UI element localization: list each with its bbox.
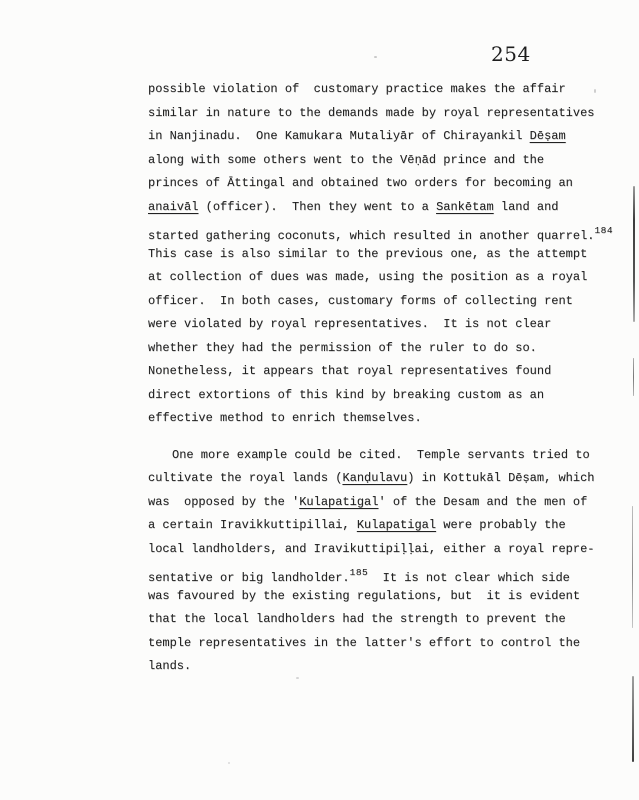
text-segment: at collection of dues was made, using th…: [148, 270, 587, 284]
text-segment: were violated by royal representatives. …: [148, 317, 551, 331]
text-segment: a certain Iravikkuttipillai,: [148, 518, 357, 532]
text-line: in Nanjinadu. One Kamukara Mutaliyār of …: [148, 125, 626, 149]
text-segment: Nonetheless, it appears that royal repre…: [148, 364, 551, 378]
text-segment: It is not clear which side: [368, 571, 570, 585]
text-line: was favoured by the existing regulations…: [148, 585, 626, 609]
text-line: lands.: [148, 655, 626, 679]
underlined-term: Kulapatigal: [299, 495, 378, 509]
text-line: along with some others went to the Vēṇād…: [148, 149, 626, 173]
text-segment: along with some others went to the Vēṇād…: [148, 153, 544, 167]
scan-speck: [374, 56, 377, 58]
scan-speck: [594, 89, 596, 93]
underlined-term: Dēṣam: [530, 129, 566, 143]
text-line: sentative or big landholder.185 It is no…: [148, 561, 626, 585]
text-segment: started gathering coconuts, which result…: [148, 229, 594, 243]
underlined-term: Sankētam: [436, 200, 494, 214]
text-line: were violated by royal representatives. …: [148, 313, 626, 337]
text-line: officer. In both cases, customary forms …: [148, 290, 626, 314]
text-line: started gathering coconuts, which result…: [148, 219, 626, 243]
text-line: cultivate the royal lands (Kanḍulavu) in…: [148, 467, 626, 491]
page-number: 254: [491, 42, 531, 66]
scan-artifact-line: [632, 506, 633, 628]
text-line: Nonetheless, it appears that royal repre…: [148, 360, 626, 384]
text-segment: This case is also similar to the previou…: [148, 247, 587, 261]
text-segment: was favoured by the existing regulations…: [148, 589, 580, 603]
text-segment: One more example could be cited. Temple …: [172, 448, 590, 462]
text-segment: sentative or big landholder.: [148, 571, 350, 585]
footnote-reference: 185: [350, 567, 369, 578]
text-segment: cultivate the royal lands (: [148, 471, 342, 485]
text-line: This case is also similar to the previou…: [148, 243, 626, 267]
scan-artifact-line: [633, 186, 635, 322]
text-line: temple representatives in the latter's e…: [148, 632, 626, 656]
text-segment: temple representatives in the latter's e…: [148, 636, 580, 650]
scan-artifact-line: [633, 358, 634, 396]
text-line: was opposed by the 'Kulapatigal' of the …: [148, 491, 626, 515]
text-line: a certain Iravikkuttipillai, Kulapatigal…: [148, 514, 626, 538]
text-line: whether they had the permission of the r…: [148, 337, 626, 361]
underlined-term: Kanḍulavu: [342, 471, 407, 485]
text-segment: ) in Kottukāl Dēṣam, which: [407, 471, 594, 485]
text-line: anaivāl (officer). Then they went to a S…: [148, 196, 626, 220]
text-line: that the local landholders had the stren…: [148, 608, 626, 632]
text-segment: ' of the Desam and the men of: [378, 495, 587, 509]
text-segment: similar in nature to the demands made by…: [148, 106, 594, 120]
text-segment: local landholders, and Iravikuttipiḷḷai,…: [148, 542, 594, 556]
scan-artifact-line: [632, 676, 634, 762]
scan-speck: [296, 677, 299, 679]
scanned-document-page: 254 possible violation of customary prac…: [0, 0, 639, 800]
underlined-term: anaivāl: [148, 200, 198, 214]
text-segment: in Nanjinadu. One Kamukara Mutaliyār of …: [148, 129, 530, 143]
text-segment: effective method to enrich themselves.: [148, 411, 422, 425]
footnote-reference: 184: [594, 225, 613, 236]
text-segment: whether they had the permission of the r…: [148, 341, 537, 355]
text-segment: possible violation of customary practice…: [148, 82, 566, 96]
text-line: princes of Āttingal and obtained two ord…: [148, 172, 626, 196]
paragraph: possible violation of customary practice…: [148, 78, 626, 431]
text-segment: officer. In both cases, customary forms …: [148, 294, 573, 308]
text-segment: princes of Āttingal and obtained two ord…: [148, 176, 573, 190]
underlined-term: Kulapatigal: [357, 518, 436, 532]
text-segment: lands.: [148, 659, 191, 673]
text-line: at collection of dues was made, using th…: [148, 266, 626, 290]
paragraph: One more example could be cited. Temple …: [148, 444, 626, 679]
text-segment: that the local landholders had the stren…: [148, 612, 566, 626]
text-line: similar in nature to the demands made by…: [148, 102, 626, 126]
text-segment: direct extortions of this kind by breaki…: [148, 388, 544, 402]
text-line: direct extortions of this kind by breaki…: [148, 384, 626, 408]
text-segment: (officer). Then they went to a: [198, 200, 436, 214]
text-line: One more example could be cited. Temple …: [148, 444, 626, 468]
text-line: effective method to enrich themselves.: [148, 407, 626, 431]
text-segment: was opposed by the ': [148, 495, 299, 509]
text-line: possible violation of customary practice…: [148, 78, 626, 102]
scan-speck: [228, 762, 230, 764]
text-segment: land and: [494, 200, 559, 214]
text-line: local landholders, and Iravikuttipiḷḷai,…: [148, 538, 626, 562]
text-segment: were probably the: [436, 518, 566, 532]
text-block: possible violation of customary practice…: [148, 78, 626, 679]
